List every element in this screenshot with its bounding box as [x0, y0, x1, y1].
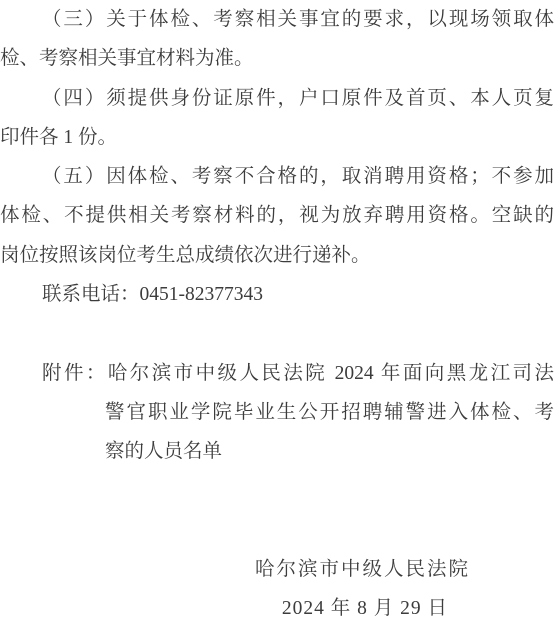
attachment-line-3: 察的人员名单: [0, 432, 554, 471]
blank-line: [0, 314, 554, 353]
attachment-title-part-1: 哈尔滨市中级人民法院 2024 年面向黑龙江司法: [108, 363, 554, 384]
blank-line: [0, 472, 554, 511]
signature-org: 哈尔滨市中级人民法院: [0, 550, 554, 589]
text-line-item5-3: 岗位按照该岗位考生总成绩依次进行递补。: [0, 236, 554, 275]
attachment-label: 附件：: [42, 363, 108, 384]
contact-phone-line: 联系电话：0451-82377343: [0, 275, 554, 314]
paragraph-item-4: （四）须提供身份证原件，户口原件及首页、本人页复 印件各 1 份。: [0, 79, 554, 158]
text-line-item5-2: 体检、不提供相关考察材料的，视为放弃聘用资格。空缺的: [0, 196, 554, 235]
text-line-item4-1: （四）须提供身份证原件，户口原件及首页、本人页复: [0, 79, 554, 118]
text-line-item3-2: 检、考察相关事宜材料为准。: [0, 39, 554, 78]
text-line-item5-1: （五）因体检、考察不合格的，取消聘用资格；不参加: [0, 157, 554, 196]
attachment-block: 附件：哈尔滨市中级人民法院 2024 年面向黑龙江司法 警官职业学院毕业生公开招…: [0, 354, 554, 472]
signature-block: 哈尔滨市中级人民法院 2024 年 8 月 29 日: [0, 550, 554, 629]
contact-phone-label: 联系电话：: [42, 284, 140, 305]
text-line-item3-1: （三）关于体检、考察相关事宜的要求，以现场领取体: [0, 0, 554, 39]
blank-line: [0, 511, 554, 550]
text-line-item4-2: 印件各 1 份。: [0, 118, 554, 157]
signature-date: 2024 年 8 月 29 日: [0, 589, 554, 628]
attachment-line-1: 附件：哈尔滨市中级人民法院 2024 年面向黑龙江司法: [0, 354, 554, 393]
document-page: （三）关于体检、考察相关事宜的要求，以现场领取体 检、考察相关事宜材料为准。 （…: [0, 0, 554, 629]
paragraph-item-5: （五）因体检、考察不合格的，取消聘用资格；不参加 体检、不提供相关考察材料的，视…: [0, 157, 554, 275]
attachment-line-2: 警官职业学院毕业生公开招聘辅警进入体检、考: [0, 393, 554, 432]
paragraph-item-3: （三）关于体检、考察相关事宜的要求，以现场领取体 检、考察相关事宜材料为准。: [0, 0, 554, 79]
contact-phone-number: 0451-82377343: [140, 284, 264, 305]
